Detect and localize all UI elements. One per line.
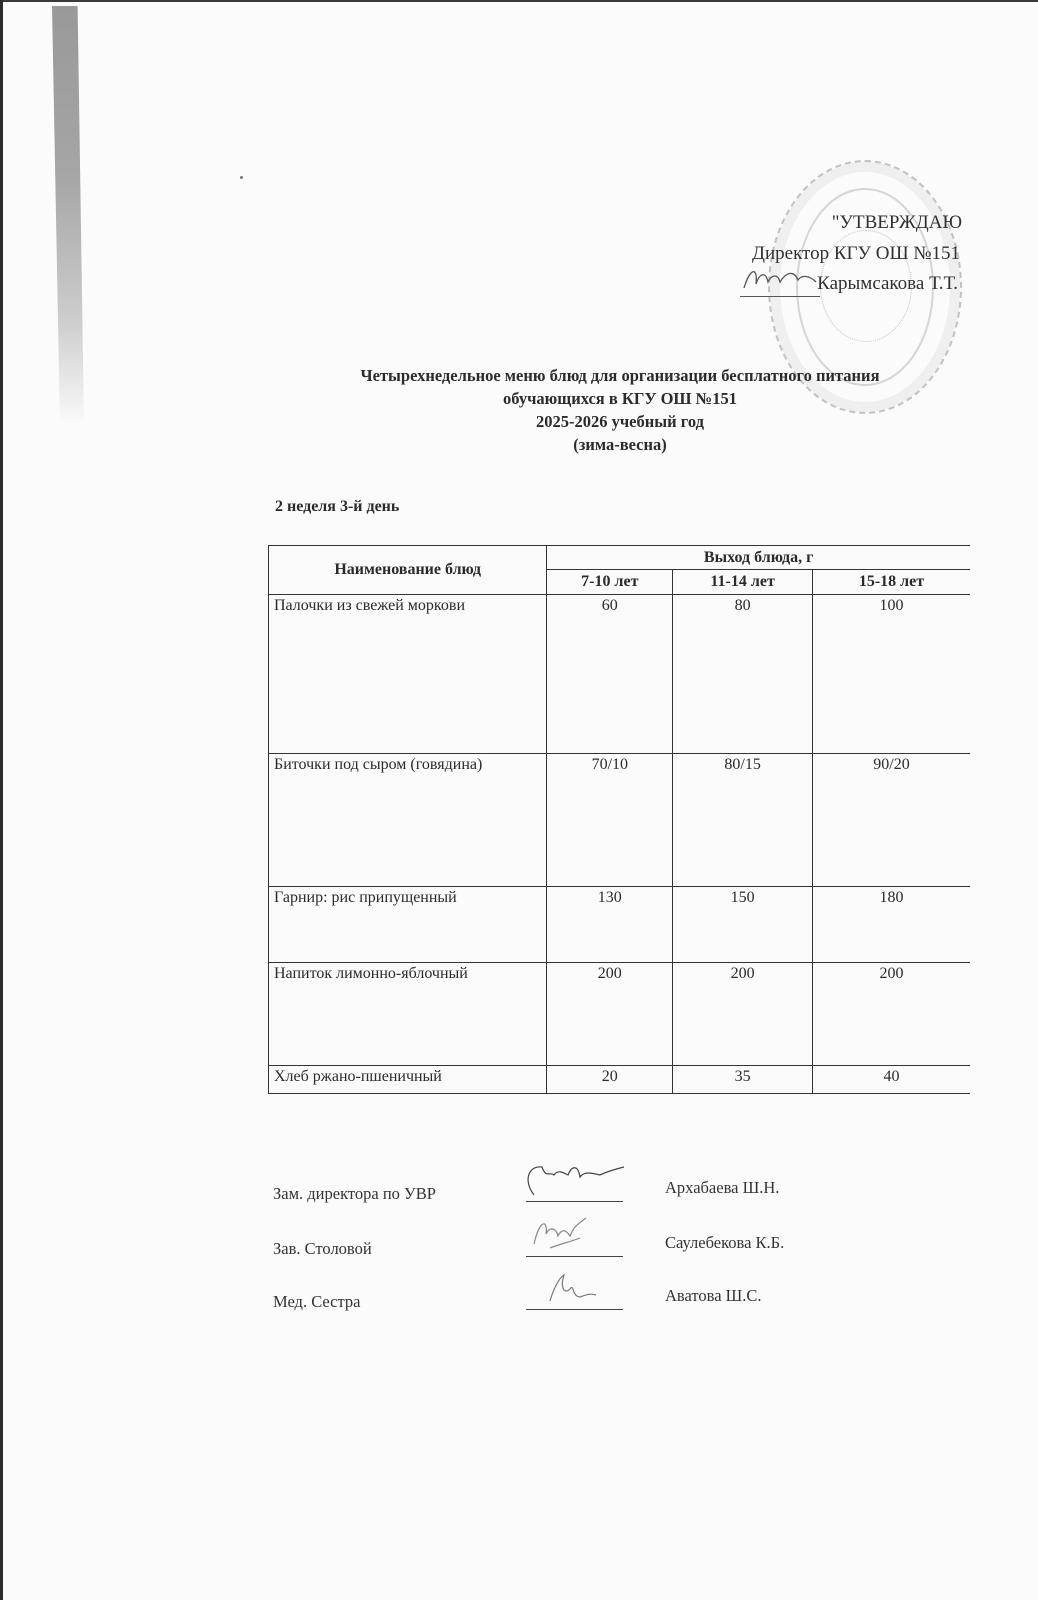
header-age-11-14: 11-14 лет [673, 570, 813, 595]
approval-heading: "УТВЕРЖДАЮ [832, 212, 962, 234]
portion-7-10: 130 [547, 887, 673, 963]
document-title: Четырехнедельное меню блюд для организац… [300, 364, 940, 456]
title-line-2: обучающихся в КГУ ОШ №151 [300, 387, 940, 410]
header-age-7-10: 7-10 лет [547, 570, 673, 595]
dish-name: Гарнир: рис припущенный [269, 887, 547, 963]
signature-row: Мед. Сестра Аватова Ш.С. [273, 1278, 833, 1318]
portion-15-18: 40 [812, 1066, 970, 1094]
signature-role: Зав. Столовой [273, 1239, 372, 1259]
portion-11-14: 150 [673, 887, 813, 963]
scan-speck [240, 176, 243, 179]
dish-name: Биточки под сыром (говядина) [269, 754, 547, 887]
portion-11-14: 200 [673, 963, 813, 1066]
signature-name: Архабаева Ш.Н. [665, 1178, 779, 1198]
dish-name: Напиток лимонно-яблочный [269, 963, 547, 1066]
signature-name: Аватова Ш.С. [665, 1286, 762, 1306]
portion-11-14: 35 [673, 1066, 813, 1094]
portion-11-14: 80 [673, 595, 813, 754]
portion-15-18: 90/20 [812, 754, 970, 887]
dish-name: Палочки из свежей моркови [269, 595, 547, 754]
header-age-15-18: 15-18 лет [812, 570, 970, 595]
title-line-4: (зима-весна) [300, 433, 940, 456]
signature-mark [526, 1279, 623, 1310]
scan-artifact-strip [52, 6, 84, 426]
signature-row: Зам. директора по УВР Архабаева Ш.Н. [273, 1170, 833, 1210]
table-row: Палочки из свежей моркови 60 80 100 [269, 595, 971, 754]
signature-mark [526, 1226, 623, 1257]
signature-row: Зав. Столовой Саулебекова К.Б. [273, 1225, 833, 1265]
table-row: Гарнир: рис припущенный 130 150 180 [269, 887, 971, 963]
signature-name: Саулебекова К.Б. [665, 1233, 784, 1253]
portion-7-10: 70/10 [547, 754, 673, 887]
portion-15-18: 200 [812, 963, 970, 1066]
table-row: Напиток лимонно-яблочный 200 200 200 [269, 963, 971, 1066]
director-signature [740, 262, 820, 297]
approval-name: Карымсакова Т.Т. [817, 273, 958, 295]
signature-role: Мед. Сестра [273, 1292, 360, 1312]
scan-top-edge [0, 0, 1038, 2]
portion-7-10: 60 [547, 595, 673, 754]
portion-7-10: 200 [547, 963, 673, 1066]
table-row: Хлеб ржано-пшеничный 20 35 40 [269, 1066, 971, 1094]
week-day-label: 2 неделя 3-й день [275, 498, 399, 516]
scan-left-edge [0, 0, 3, 1600]
menu-table: Наименование блюд Выход блюда, г 7-10 ле… [268, 545, 970, 1094]
table-row: Биточки под сыром (говядина) 70/10 80/15… [269, 754, 971, 887]
dish-name: Хлеб ржано-пшеничный [269, 1066, 547, 1094]
portion-11-14: 80/15 [673, 754, 813, 887]
signature-role: Зам. директора по УВР [273, 1184, 436, 1204]
portion-7-10: 20 [547, 1066, 673, 1094]
portion-15-18: 180 [812, 887, 970, 963]
header-dish-name: Наименование блюд [269, 546, 547, 595]
signature-mark [526, 1171, 623, 1202]
title-line-3: 2025-2026 учебный год [300, 410, 940, 433]
portion-15-18: 100 [812, 595, 970, 754]
header-output: Выход блюда, г [547, 546, 970, 570]
title-line-1: Четырехнедельное меню блюд для организац… [300, 364, 940, 387]
